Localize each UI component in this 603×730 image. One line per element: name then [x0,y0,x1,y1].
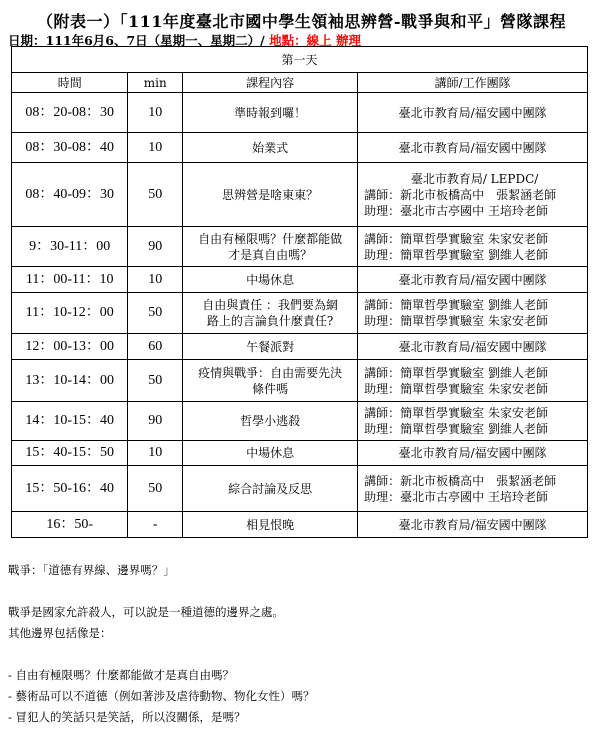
staff-line: 助理：臺北市古亭國中 王培玲老師 [364,489,585,505]
table-row: 16：50--相見恨晚臺北市教育局/福安國中團隊 [12,512,588,538]
table-row: 14：10-15：4090哲學小逃殺講師：簡單哲學實驗室 朱家安老師助理：簡單哲… [12,402,588,441]
course-line: 自由與責任 ：我們要為網 [185,297,355,313]
staff-line: 講師：簡單哲學實驗室 朱家安老師 [364,405,585,421]
staff-cell: 臺北市教育局/福安國中團隊 [358,267,588,293]
course-cell: 自由與責任 ：我們要為網路上的言論負什麼責任? [183,293,358,334]
table-row: 12：00-13：0060午餐派對臺北市教育局/福安國中團隊 [12,334,588,360]
staff-line: 臺北市教育局/福安國中團隊 [360,445,585,461]
time-cell: 14：10-15：40 [12,402,128,441]
table-row: 08：40-09：3050思辨營是啥東東？臺北市教育局/ LEPDC/講師：新北… [12,163,588,227]
staff-line: 助理：簡單哲學實驗室 劉維人老師 [364,247,585,263]
notes-bullet: - 冒犯人的笑話只是笑話，所以沒關係，是嗎？ [8,707,315,728]
staff-cell: 講師：簡單哲學實驗室 朱家安老師助理：簡單哲學實驗室 劉維人老師 [358,227,588,267]
notes-section: 戰爭：「道德有界線、邊界嗎？」 戰爭是國家允許殺人，可以說是一種道德的邊界之處。… [8,560,315,728]
course-line: 才是真自由嗎？ [185,247,355,263]
staff-line: 講師：簡單哲學實驗室 朱家安老師 [364,231,585,247]
minutes-cell: 50 [128,163,183,227]
staff-line: 講師：新北市板橋高中 張絜涵老師 [364,187,585,203]
time-cell: 12：00-13：00 [12,334,128,360]
course-line: 準時報到囉！ [185,105,355,121]
minutes-cell: 50 [128,466,183,512]
staff-line: 臺北市教育局/福安國中團隊 [360,272,585,288]
course-line: 相見恨晚 [185,517,355,533]
minutes-cell: 10 [128,133,183,163]
staff-line: 助理：簡單哲學實驗室 朱家安老師 [364,381,585,397]
schedule-body: 08：20-08：3010準時報到囉！臺北市教育局/福安國中團隊08：30-08… [12,93,588,538]
staff-cell: 講師：新北市板橋高中 張絜涵老師助理：臺北市古亭國中 王培玲老師 [358,466,588,512]
course-cell: 中場休息 [183,441,358,466]
staff-cell: 臺北市教育局/福安國中團隊 [358,93,588,133]
course-line: 哲學小逃殺 [185,413,355,429]
day-header: 第一天 [12,47,588,73]
staff-line: 臺北市教育局/福安國中團隊 [360,339,585,355]
day-header-row: 第一天 [12,47,588,73]
course-cell: 始業式 [183,133,358,163]
course-cell: 哲學小逃殺 [183,402,358,441]
course-line: 路上的言論負什麼責任? [185,313,355,329]
staff-line: 講師：簡單哲學實驗室 劉維人老師 [364,297,585,313]
time-cell: 9：30-11：00 [12,227,128,267]
staff-line: 臺北市教育局/福安國中團隊 [360,517,585,533]
table-row: 11：10-12：0050自由與責任 ：我們要為網路上的言論負什麼責任?講師：簡… [12,293,588,334]
table-row: 15：50-16：4050綜合討論及反思講師：新北市板橋高中 張絜涵老師助理：臺… [12,466,588,512]
table-row: 13：10-14：0050疫情與戰爭：自由需要先決條件嗎講師：簡單哲學實驗室 劉… [12,360,588,402]
staff-cell: 臺北市教育局/福安國中團隊 [358,133,588,163]
course-cell: 準時報到囉！ [183,93,358,133]
minutes-cell: 90 [128,402,183,441]
minutes-cell: 50 [128,293,183,334]
notes-heading: 戰爭：「道德有界線、邊界嗎？」 [8,560,315,581]
table-row: 08：30-08：4010始業式臺北市教育局/福安國中團隊 [12,133,588,163]
column-header-min: min [128,73,183,93]
course-line: 思辨營是啥東東？ [185,187,355,203]
course-line: 始業式 [185,140,355,156]
staff-line: 助理：臺北市古亭國中 王培玲老師 [364,203,585,219]
staff-cell: 臺北市教育局/ LEPDC/講師：新北市板橋高中 張絜涵老師助理：臺北市古亭國中… [358,163,588,227]
minutes-cell: 90 [128,227,183,267]
time-cell: 11：10-12：00 [12,293,128,334]
time-cell: 08：30-08：40 [12,133,128,163]
staff-cell: 臺北市教育局/福安國中團隊 [358,512,588,538]
column-header-course: 課程內容 [183,73,358,93]
staff-line: 助理：簡單哲學實驗室 劉維人老師 [364,421,585,437]
staff-cell: 講師：簡單哲學實驗室 朱家安老師助理：簡單哲學實驗室 劉維人老師 [358,402,588,441]
schedule-table: 第一天 時間 min 課程內容 講師/工作團隊 08：20-08：3010準時報… [11,46,588,538]
minutes-cell: 60 [128,334,183,360]
time-cell: 08：20-08：30 [12,93,128,133]
staff-line: 助理：簡單哲學實驗室 朱家安老師 [364,313,585,329]
table-row: 11：00-11：1010中場休息臺北市教育局/福安國中團隊 [12,267,588,293]
course-line: 疫情與戰爭：自由需要先決 [185,365,355,381]
course-line: 綜合討論及反思 [185,481,355,497]
staff-line: 臺北市教育局/ LEPDC/ [364,171,585,187]
course-cell: 思辨營是啥東東？ [183,163,358,227]
course-line: 條件嗎 [185,381,355,397]
minutes-cell: 10 [128,441,183,466]
document-title: （附表一）「111年度臺北市國中學生領袖思辨營-戰爭與和平」營隊課程 [0,9,603,32]
course-line: 自由有極限嗎？什麼都能做 [185,231,355,247]
course-cell: 相見恨晚 [183,512,358,538]
notes-bullet: - 自由有極限嗎？什麼都能做才是真自由嗎？ [8,665,315,686]
time-cell: 08：40-09：30 [12,163,128,227]
minutes-cell: - [128,512,183,538]
notes-bullet: - 藝術品可以不道德（例如著涉及虐待動物、物化女性）嗎？ [8,686,315,707]
staff-line: 講師：新北市板橋高中 張絜涵老師 [364,473,585,489]
course-cell: 自由有極限嗎？什麼都能做才是真自由嗎？ [183,227,358,267]
table-row: 15：40-15：5010中場休息臺北市教育局/福安國中團隊 [12,441,588,466]
course-cell: 疫情與戰爭：自由需要先決條件嗎 [183,360,358,402]
minutes-cell: 10 [128,93,183,133]
notes-paragraph-1: 戰爭是國家允許殺人，可以說是一種道德的邊界之處。 [8,602,315,623]
staff-line: 臺北市教育局/福安國中團隊 [360,105,585,121]
time-cell: 11：00-11：10 [12,267,128,293]
staff-cell: 講師：簡單哲學實驗室 劉維人老師助理：簡單哲學實驗室 朱家安老師 [358,360,588,402]
course-cell: 綜合討論及反思 [183,466,358,512]
table-row: 9：30-11：0090自由有極限嗎？什麼都能做才是真自由嗎？講師：簡單哲學實驗… [12,227,588,267]
course-cell: 午餐派對 [183,334,358,360]
staff-line: 講師：簡單哲學實驗室 劉維人老師 [364,365,585,381]
table-row: 08：20-08：3010準時報到囉！臺北市教育局/福安國中團隊 [12,93,588,133]
staff-cell: 臺北市教育局/福安國中團隊 [358,334,588,360]
column-header-row: 時間 min 課程內容 講師/工作團隊 [12,73,588,93]
time-cell: 15：50-16：40 [12,466,128,512]
staff-cell: 臺北市教育局/福安國中團隊 [358,441,588,466]
minutes-cell: 50 [128,360,183,402]
staff-line: 臺北市教育局/福安國中團隊 [360,140,585,156]
column-header-time: 時間 [12,73,128,93]
time-cell: 13：10-14：00 [12,360,128,402]
time-cell: 15：40-15：50 [12,441,128,466]
course-line: 午餐派對 [185,339,355,355]
staff-cell: 講師：簡單哲學實驗室 劉維人老師助理：簡單哲學實驗室 朱家安老師 [358,293,588,334]
course-line: 中場休息 [185,445,355,461]
column-header-staff: 講師/工作團隊 [358,73,588,93]
time-cell: 16：50- [12,512,128,538]
course-cell: 中場休息 [183,267,358,293]
minutes-cell: 10 [128,267,183,293]
notes-paragraph-2: 其他邊界包括像是： [8,623,315,644]
course-line: 中場休息 [185,272,355,288]
